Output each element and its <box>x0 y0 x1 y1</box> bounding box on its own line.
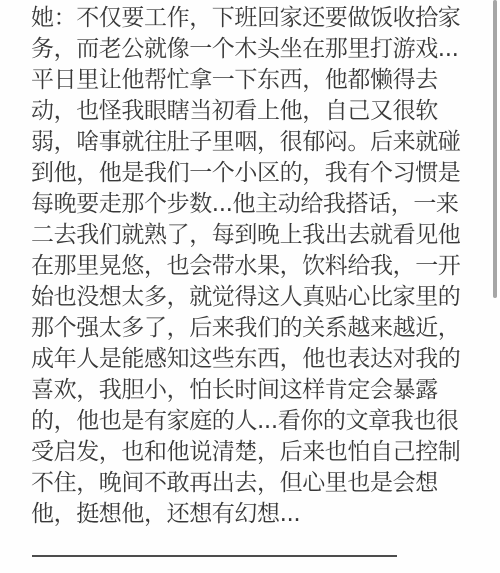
article-line: 的，他也是有家庭的人...看你的文章我也很 <box>31 406 476 437</box>
article-line: 在那里晃悠，也会带水果，饮料给我，一开 <box>31 251 476 282</box>
article-line: 她：不仅要工作，下班回家还要做饭收拾家 <box>31 3 476 34</box>
article-line: 那个强太多了，后来我们的关系越来越近， <box>31 313 476 344</box>
article-line: 二去我们就熟了，每到晚上我出去就看见他 <box>31 220 476 251</box>
article-line: 弱，啥事就往肚子里咽，很郁闷。后来就碰 <box>31 127 476 158</box>
article-line: 成年人是能感知这些东西，他也表达对我的 <box>31 344 476 375</box>
article-line: 喜欢，我胆小，怕长时间这样肯定会暴露 <box>31 375 476 406</box>
article-line: 动，也怪我眼瞎当初看上他，自己又很软 <box>31 96 476 127</box>
article-line: 到他，他是我们一个小区的，我有个习惯是 <box>31 158 476 189</box>
article-text-block: 她：不仅要工作，下班回家还要做饭收拾家 务，而老公就像一个木头坐在那里打游戏..… <box>31 3 476 530</box>
article-line: 务，而老公就像一个木头坐在那里打游戏... <box>31 34 476 65</box>
section-divider <box>32 555 397 557</box>
scrollbar-thumb[interactable] <box>493 0 497 298</box>
article-line: 受启发，也和他说清楚，后来也怕自己控制 <box>31 437 476 468</box>
article-line: 始也没想太多，就觉得这人真贴心比家里的 <box>31 282 476 313</box>
article-page: 她：不仅要工作，下班回家还要做饭收拾家 务，而老公就像一个木头坐在那里打游戏..… <box>0 0 500 573</box>
article-line: 平日里让他帮忙拿一下东西，他都懒得去 <box>31 65 476 96</box>
article-line: 他，挺想他，还想有幻想... <box>31 499 476 530</box>
article-line: 不住，晚间不敢再出去，但心里也是会想 <box>31 468 476 499</box>
article-line: 每晚要走那个步数...他主动给我搭话，一来 <box>31 189 476 220</box>
